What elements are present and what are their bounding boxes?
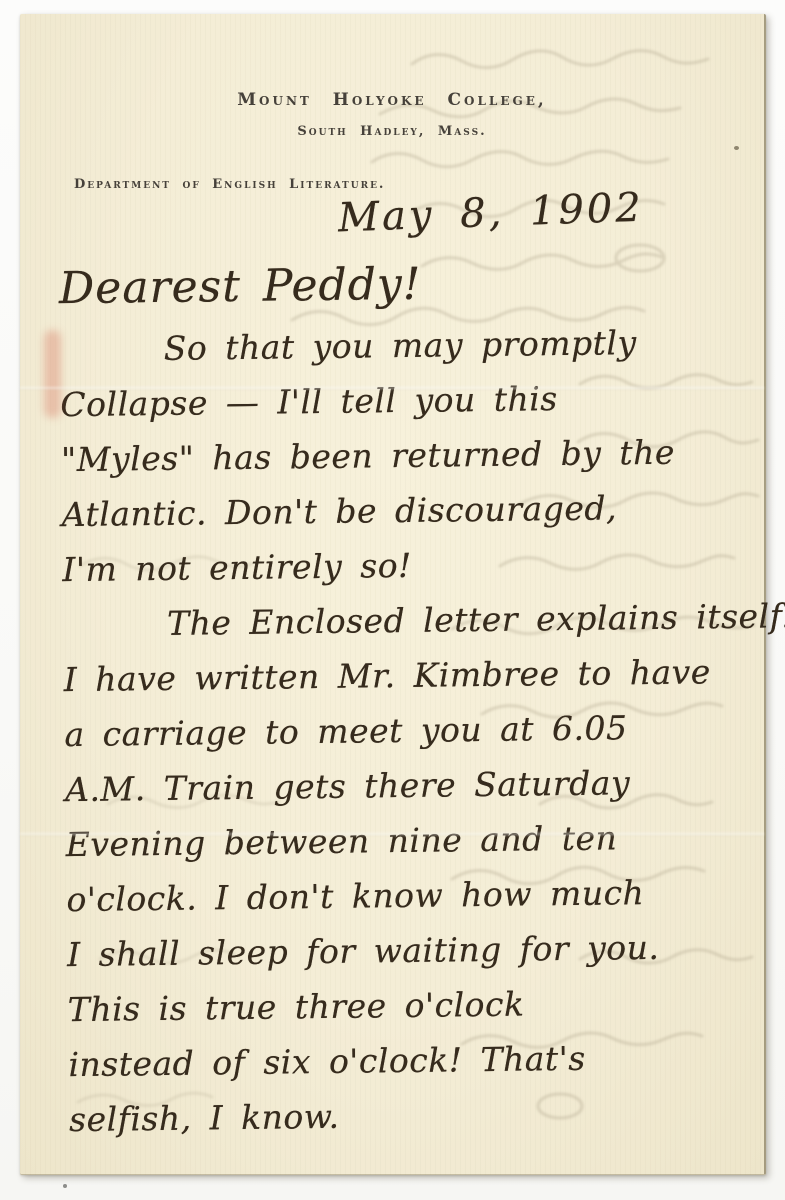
handwritten-body: Dearest Peddy! So that you may promptly … [59, 248, 746, 1147]
letterhead-department: Department of English Literature. [74, 177, 385, 192]
letterhead-college-name: Mount Holyoke College, [20, 90, 764, 110]
scanned-letter-page: { "letterhead": { "college": "Mount Holy… [0, 0, 785, 1200]
dust-speck [63, 1184, 67, 1188]
letter-line: o'clock. I don't know how much [66, 864, 743, 927]
letter-line: I'm not entirely so! [62, 534, 739, 597]
letter-line: "Myles" has been returned by the [61, 424, 738, 487]
letter-line: a carriage to meet you at 6.05 [64, 699, 741, 762]
letter-line: I have written Mr. Kimbree to have [63, 644, 740, 707]
letterhead-location: South Hadley, Mass. [20, 124, 764, 139]
letter-line: instead of six o'clock! That's [68, 1029, 745, 1092]
dust-speck [734, 146, 739, 150]
letter-line: selfish, I know. [69, 1084, 746, 1147]
handwritten-date: May 8, 1902 [337, 185, 644, 242]
paper-crease [20, 386, 764, 390]
letter-line: Atlantic. Don't be discouraged, [61, 479, 738, 542]
letter-line: This is true three o'clock [67, 974, 744, 1037]
letter-line: So that you may promptly [59, 314, 736, 377]
letter-line: Evening between nine and ten [65, 809, 742, 872]
letter-line: The Enclosed letter explains itself. [63, 589, 740, 652]
salutation: Dearest Peddy! [59, 248, 736, 322]
letter-paper: Mount Holyoke College, South Hadley, Mas… [20, 14, 766, 1175]
letter-line: I shall sleep for waiting for you. [67, 919, 744, 982]
red-pencil-smudge [44, 330, 61, 418]
letter-line: Collapse — I'll tell you this [60, 369, 737, 432]
letter-line: A.M. Train gets there Saturday [65, 754, 742, 817]
paper-crease [20, 832, 764, 836]
